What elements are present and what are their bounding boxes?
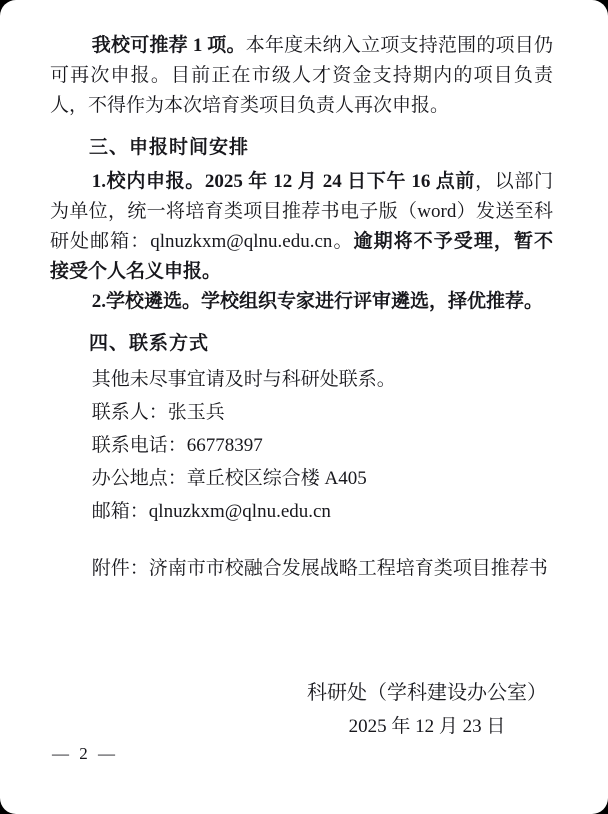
heading-section-4-contact-info: 四、联系方式 <box>50 329 553 359</box>
paragraph-recommendation-quota: 我校可推荐 1 项。本年度未纳入立项支持范围的项目仍可再次申报。目前正在市级人才… <box>50 31 553 121</box>
signature-block: 科研处（学科建设办公室） 2025 年 12 月 23 日 <box>307 678 547 742</box>
text-run: 三、申报时间安排 <box>89 137 249 158</box>
signature-org: 科研处（学科建设办公室） <box>307 678 547 708</box>
document-body: 我校可推荐 1 项。本年度未纳入立项支持范围的项目仍可再次申报。目前正在市级人才… <box>50 31 553 584</box>
text-run: 1.校内申报。2025 年 12 月 24 日下午 16 点前 <box>92 171 475 192</box>
paragraph-school-selection: 2.学校遴选。学校组织专家进行评审遴选，择优推荐。 <box>50 287 553 317</box>
signature-date: 2025 年 12 月 23 日 <box>307 712 547 742</box>
paragraph-internal-application: 1.校内申报。2025 年 12 月 24 日下午 16 点前，以部门为单位，统… <box>50 167 553 287</box>
line-email: 邮箱：qlnuzkxm@qlnu.edu.cn <box>50 495 553 528</box>
text-run: 我校可推荐 1 项。 <box>92 35 246 56</box>
heading-section-3-application-schedule: 三、申报时间安排 <box>50 133 553 163</box>
text-run: 四、联系方式 <box>89 333 209 354</box>
line-contact-phone: 联系电话：66778397 <box>50 429 553 462</box>
line-other-matters: 其他未尽事宜请及时与科研处联系。 <box>50 363 553 396</box>
text-run: 邮箱：qlnuzkxm@qlnu.edu.cn <box>92 501 331 522</box>
line-contact-person: 联系人：张玉兵 <box>50 396 553 429</box>
document-content: 我校可推荐 1 项。本年度未纳入立项支持范围的项目仍可再次申报。目前正在市级人才… <box>0 0 608 742</box>
text-run: 办公地点：章丘校区综合楼 A405 <box>92 468 367 489</box>
line-office-location: 办公地点：章丘校区综合楼 A405 <box>50 462 553 495</box>
line-attachment: 附件：济南市市校融合发展战略工程培育类项目推荐书 <box>50 554 553 584</box>
page-number: — 2 — <box>52 744 118 764</box>
text-run: 其他未尽事宜请及时与科研处联系。 <box>92 369 396 390</box>
text-run: 联系电话：66778397 <box>92 435 263 456</box>
text-run: 附件：济南市市校融合发展战略工程培育类项目推荐书 <box>92 558 548 579</box>
text-run: 联系人：张玉兵 <box>92 402 225 423</box>
text-run: 2.学校遴选。学校组织专家进行评审遴选，择优推荐。 <box>92 291 543 312</box>
document-page: 我校可推荐 1 项。本年度未纳入立项支持范围的项目仍可再次申报。目前正在市级人才… <box>0 0 608 814</box>
